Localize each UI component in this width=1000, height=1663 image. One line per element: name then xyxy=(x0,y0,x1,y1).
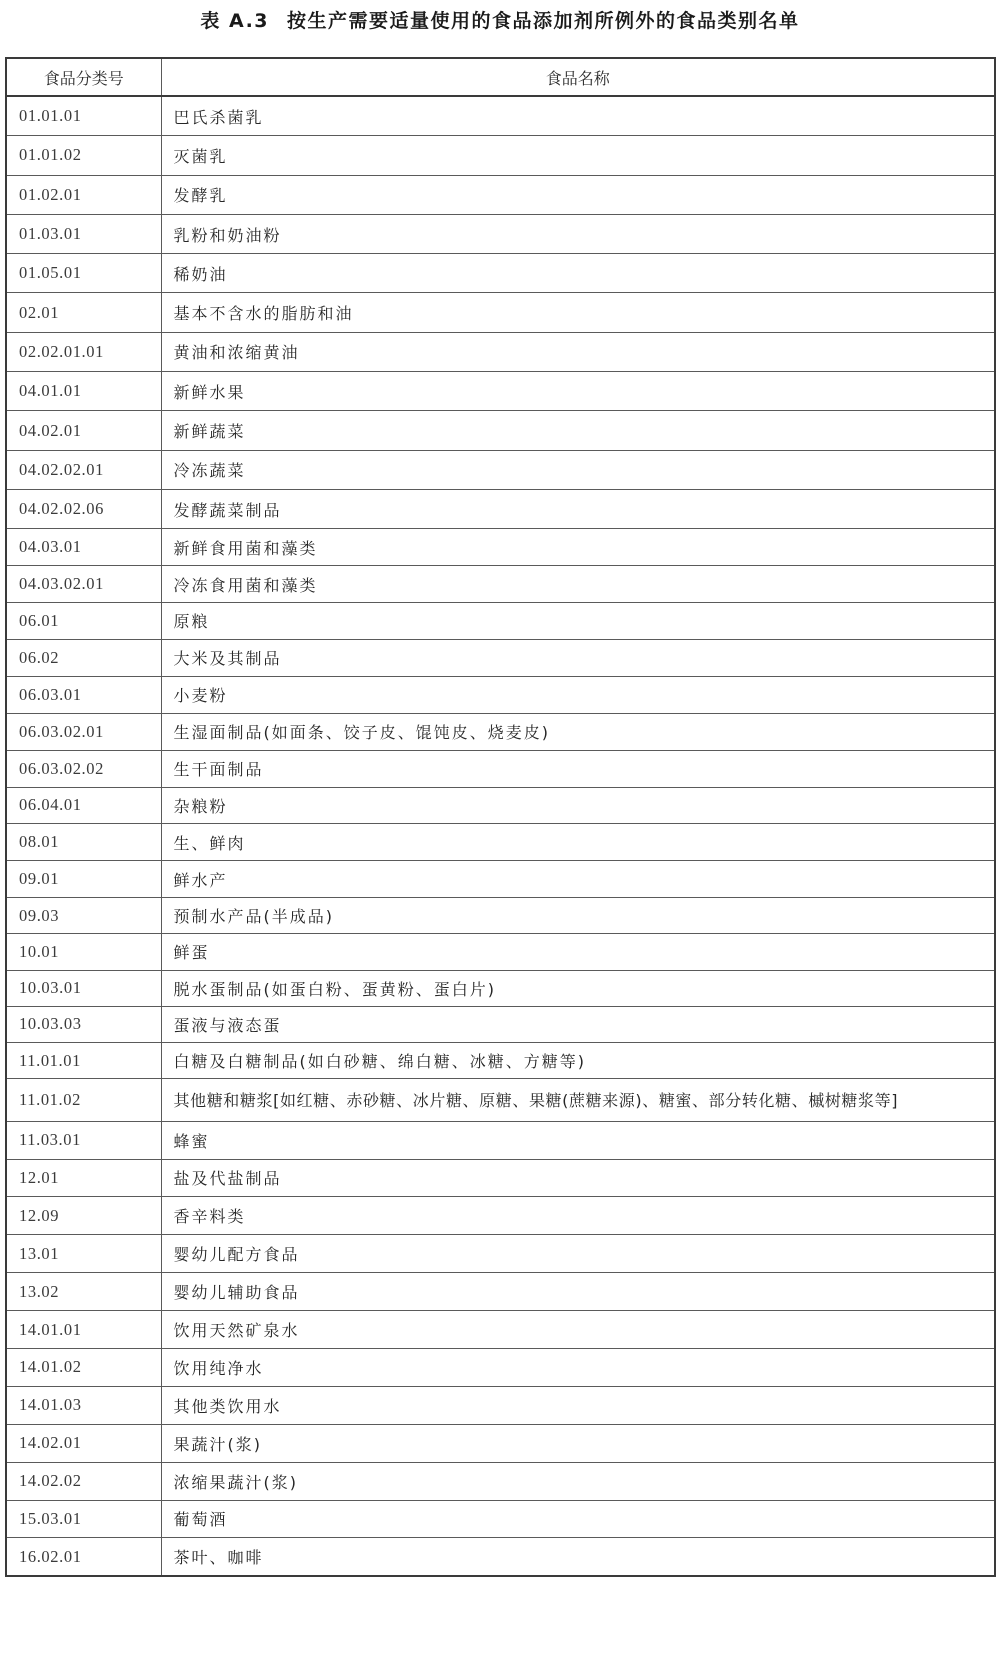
category-code: 11.03.01 xyxy=(6,1121,161,1159)
food-name: 浓缩果蔬汁(浆) xyxy=(161,1462,995,1500)
category-code: 12.01 xyxy=(6,1159,161,1197)
food-name: 巴氏杀菌乳 xyxy=(161,96,995,136)
category-code: 01.01.01 xyxy=(6,96,161,136)
category-code: 06.03.02.02 xyxy=(6,750,161,787)
food-name: 生、鲜肉 xyxy=(161,824,995,861)
category-code: 06.02 xyxy=(6,639,161,676)
food-name: 盐及代盐制品 xyxy=(161,1159,995,1197)
food-name: 蜂蜜 xyxy=(161,1121,995,1159)
category-code: 01.02.01 xyxy=(6,175,161,214)
food-name: 发酵乳 xyxy=(161,175,995,214)
category-code: 14.01.01 xyxy=(6,1311,161,1349)
table-row: 01.02.01发酵乳 xyxy=(6,175,995,214)
table-row: 04.01.01新鲜水果 xyxy=(6,372,995,411)
table-row: 02.02.01.01黄油和浓缩黄油 xyxy=(6,332,995,371)
table-row: 04.03.01新鲜食用菌和藻类 xyxy=(6,529,995,566)
table-row: 14.02.02浓缩果蔬汁(浆) xyxy=(6,1462,995,1500)
food-name: 饮用纯净水 xyxy=(161,1348,995,1386)
food-name: 生湿面制品(如面条、饺子皮、馄饨皮、烧麦皮) xyxy=(161,713,995,750)
table-row: 13.02婴幼儿辅助食品 xyxy=(6,1273,995,1311)
table-row: 12.01盐及代盐制品 xyxy=(6,1159,995,1197)
food-name: 稀奶油 xyxy=(161,254,995,293)
table-row: 06.04.01杂粮粉 xyxy=(6,787,995,824)
table-row: 10.03.01脱水蛋制品(如蛋白粉、蛋黄粉、蛋白片) xyxy=(6,970,995,1006)
table-row: 13.01婴幼儿配方食品 xyxy=(6,1235,995,1273)
table-row: 01.05.01稀奶油 xyxy=(6,254,995,293)
food-name: 新鲜食用菌和藻类 xyxy=(161,529,995,566)
table-row: 06.03.02.02生干面制品 xyxy=(6,750,995,787)
table-row: 11.03.01蜂蜜 xyxy=(6,1121,995,1159)
category-code: 02.01 xyxy=(6,293,161,332)
food-name: 香辛料类 xyxy=(161,1197,995,1235)
category-code: 06.01 xyxy=(6,603,161,640)
table-row: 14.01.03其他类饮用水 xyxy=(6,1386,995,1424)
table-row: 06.01原粮 xyxy=(6,603,995,640)
category-code: 04.02.01 xyxy=(6,411,161,450)
table-row: 04.02.01新鲜蔬菜 xyxy=(6,411,995,450)
category-code: 04.03.01 xyxy=(6,529,161,566)
category-code: 14.02.02 xyxy=(6,1462,161,1500)
food-name: 灭菌乳 xyxy=(161,136,995,175)
food-name: 白糖及白糖制品(如白砂糖、绵白糖、冰糖、方糖等) xyxy=(161,1042,995,1078)
category-code: 01.03.01 xyxy=(6,214,161,253)
category-code: 06.03.02.01 xyxy=(6,713,161,750)
table-row: 06.03.02.01生湿面制品(如面条、饺子皮、馄饨皮、烧麦皮) xyxy=(6,713,995,750)
food-name: 发酵蔬菜制品 xyxy=(161,489,995,528)
food-name: 新鲜蔬菜 xyxy=(161,411,995,450)
table-caption: 按生产需要适量使用的食品添加剂所例外的食品类别名单 xyxy=(287,10,800,32)
table-row: 14.01.01饮用天然矿泉水 xyxy=(6,1311,995,1349)
food-name: 果蔬汁(浆) xyxy=(161,1424,995,1462)
table-row: 10.03.03蛋液与液态蛋 xyxy=(6,1006,995,1042)
table-row: 15.03.01葡萄酒 xyxy=(6,1500,995,1538)
category-code: 10.01 xyxy=(6,934,161,970)
category-code: 06.04.01 xyxy=(6,787,161,824)
category-code: 01.05.01 xyxy=(6,254,161,293)
food-name: 婴幼儿配方食品 xyxy=(161,1235,995,1273)
table-row: 06.03.01小麦粉 xyxy=(6,676,995,713)
table-row: 01.01.02灭菌乳 xyxy=(6,136,995,175)
table-row: 06.02大米及其制品 xyxy=(6,639,995,676)
header-food-category-code: 食品分类号 xyxy=(6,58,161,96)
food-name: 鲜蛋 xyxy=(161,934,995,970)
table-row: 12.09香辛料类 xyxy=(6,1197,995,1235)
category-code: 04.02.02.01 xyxy=(6,450,161,489)
table-header-row: 食品分类号 食品名称 xyxy=(6,58,995,96)
category-code: 13.01 xyxy=(6,1235,161,1273)
table-row: 14.02.01果蔬汁(浆) xyxy=(6,1424,995,1462)
table-row: 09.01鲜水产 xyxy=(6,861,995,898)
food-category-table: 食品分类号 食品名称 01.01.01巴氏杀菌乳 01.01.02灭菌乳 01.… xyxy=(5,57,996,1577)
food-name: 大米及其制品 xyxy=(161,639,995,676)
table-number: 表 A.3 xyxy=(200,10,269,32)
category-code: 11.01.01 xyxy=(6,1042,161,1078)
category-code: 04.02.02.06 xyxy=(6,489,161,528)
food-name: 婴幼儿辅助食品 xyxy=(161,1273,995,1311)
category-code: 15.03.01 xyxy=(6,1500,161,1538)
table-row: 10.01鲜蛋 xyxy=(6,934,995,970)
food-name: 葡萄酒 xyxy=(161,1500,995,1538)
table-row: 04.02.02.06发酵蔬菜制品 xyxy=(6,489,995,528)
table-row: 11.01.01白糖及白糖制品(如白砂糖、绵白糖、冰糖、方糖等) xyxy=(6,1042,995,1078)
category-code: 09.03 xyxy=(6,898,161,934)
food-name: 生干面制品 xyxy=(161,750,995,787)
table-row: 04.03.02.01冷冻食用菌和藻类 xyxy=(6,566,995,603)
food-name: 鲜水产 xyxy=(161,861,995,898)
category-code: 13.02 xyxy=(6,1273,161,1311)
category-code: 08.01 xyxy=(6,824,161,861)
food-name: 小麦粉 xyxy=(161,676,995,713)
table-row: 16.02.01茶叶、咖啡 xyxy=(6,1538,995,1576)
category-code: 06.03.01 xyxy=(6,676,161,713)
food-name: 冷冻蔬菜 xyxy=(161,450,995,489)
table-row: 08.01生、鲜肉 xyxy=(6,824,995,861)
table-row: 09.03预制水产品(半成品) xyxy=(6,898,995,934)
food-name: 原粮 xyxy=(161,603,995,640)
food-name: 其他类饮用水 xyxy=(161,1386,995,1424)
category-code: 04.01.01 xyxy=(6,372,161,411)
category-code: 14.02.01 xyxy=(6,1424,161,1462)
food-name: 饮用天然矿泉水 xyxy=(161,1311,995,1349)
category-code: 11.01.02 xyxy=(6,1079,161,1122)
category-code: 12.09 xyxy=(6,1197,161,1235)
food-name: 冷冻食用菌和藻类 xyxy=(161,566,995,603)
table-row: 14.01.02饮用纯净水 xyxy=(6,1348,995,1386)
table-row: 01.03.01乳粉和奶油粉 xyxy=(6,214,995,253)
table-row: 01.01.01巴氏杀菌乳 xyxy=(6,96,995,136)
category-code: 01.01.02 xyxy=(6,136,161,175)
food-name: 蛋液与液态蛋 xyxy=(161,1006,995,1042)
table-title: 表 A.3按生产需要适量使用的食品添加剂所例外的食品类别名单 xyxy=(0,6,1000,33)
food-name: 其他糖和糖浆[如红糖、赤砂糖、冰片糖、原糖、果糖(蔗糖来源)、糖蜜、部分转化糖、… xyxy=(161,1079,995,1122)
category-code: 10.03.03 xyxy=(6,1006,161,1042)
category-code: 10.03.01 xyxy=(6,970,161,1006)
table-row: 02.01基本不含水的脂肪和油 xyxy=(6,293,995,332)
category-code: 04.03.02.01 xyxy=(6,566,161,603)
food-name: 乳粉和奶油粉 xyxy=(161,214,995,253)
table-row: 11.01.02其他糖和糖浆[如红糖、赤砂糖、冰片糖、原糖、果糖(蔗糖来源)、糖… xyxy=(6,1079,995,1122)
category-code: 16.02.01 xyxy=(6,1538,161,1576)
food-name: 茶叶、咖啡 xyxy=(161,1538,995,1576)
food-name: 预制水产品(半成品) xyxy=(161,898,995,934)
food-name: 脱水蛋制品(如蛋白粉、蛋黄粉、蛋白片) xyxy=(161,970,995,1006)
food-name: 黄油和浓缩黄油 xyxy=(161,332,995,371)
category-code: 14.01.03 xyxy=(6,1386,161,1424)
header-food-name: 食品名称 xyxy=(161,58,995,96)
food-name: 新鲜水果 xyxy=(161,372,995,411)
category-code: 14.01.02 xyxy=(6,1348,161,1386)
category-code: 09.01 xyxy=(6,861,161,898)
category-code: 02.02.01.01 xyxy=(6,332,161,371)
food-name: 基本不含水的脂肪和油 xyxy=(161,293,995,332)
table-row: 04.02.02.01冷冻蔬菜 xyxy=(6,450,995,489)
food-name: 杂粮粉 xyxy=(161,787,995,824)
